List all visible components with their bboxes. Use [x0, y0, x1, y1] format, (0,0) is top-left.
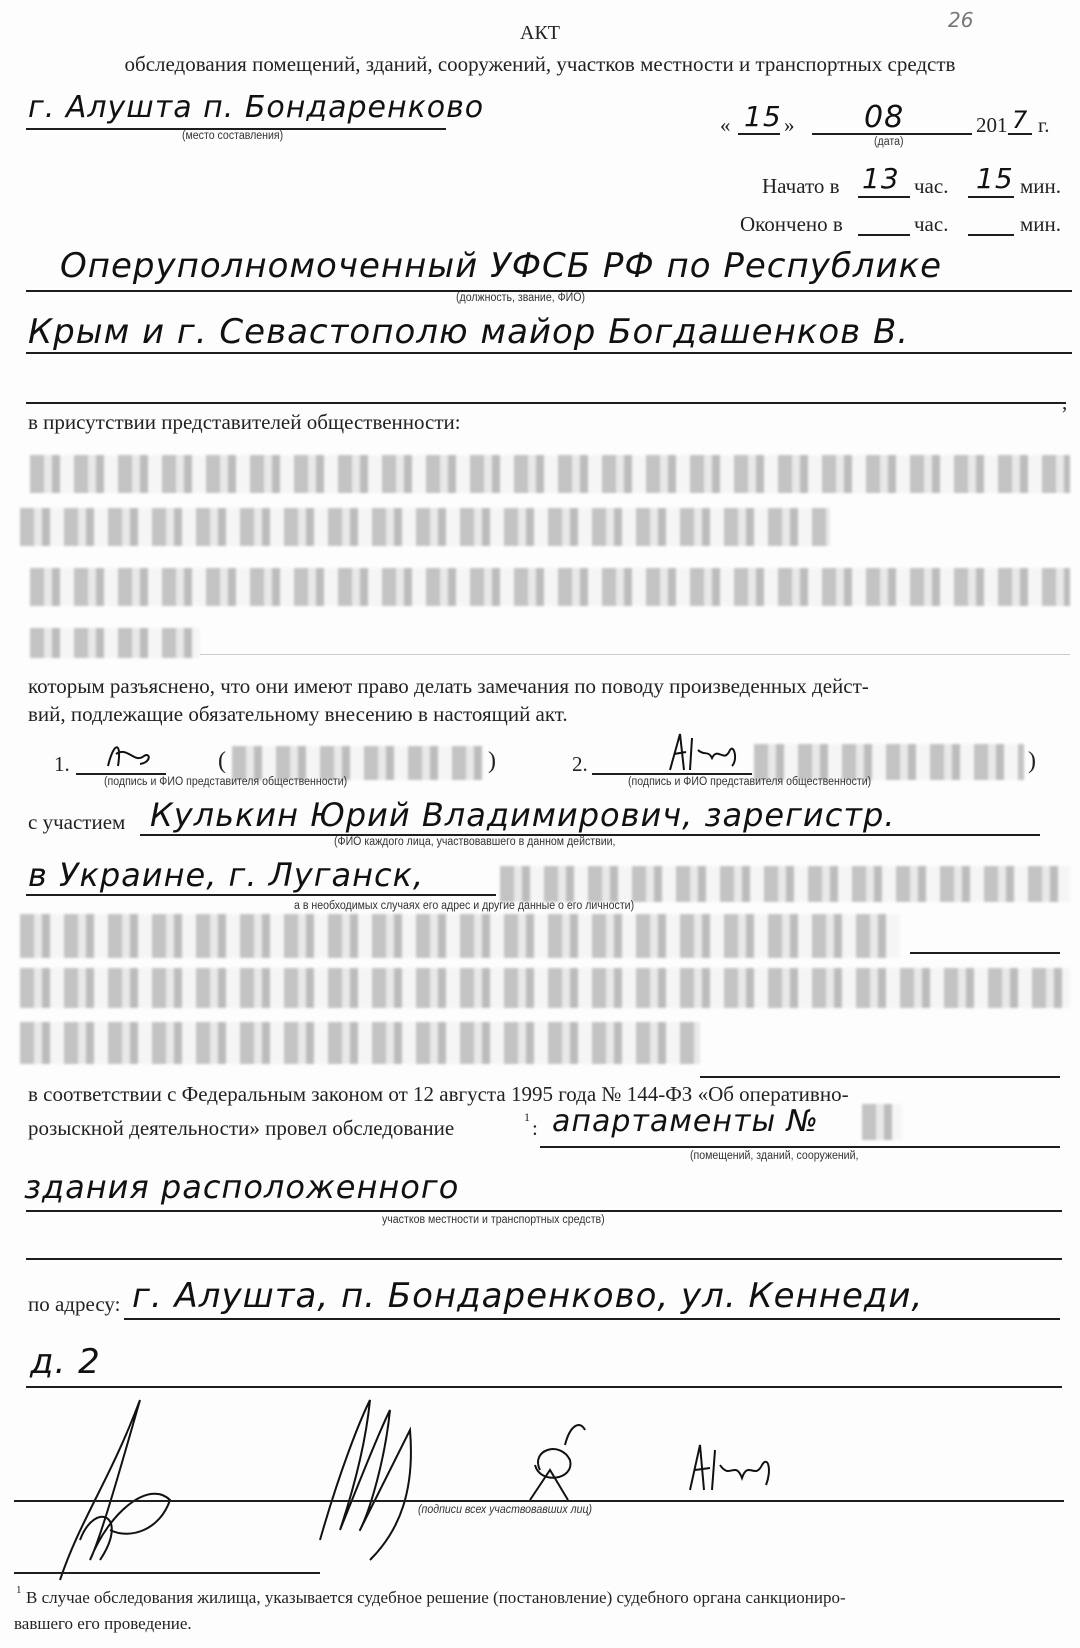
participant-caption2: а в необходимых случаях его адрес и друг…	[294, 900, 634, 912]
ended-hours-underline	[858, 234, 910, 236]
document-title: АКТ	[0, 22, 1080, 45]
officer-underline2	[26, 352, 1072, 354]
footnote-line2: вавшего его проведение.	[14, 1614, 192, 1634]
document-page: 26 АКТ обследования помещений, зданий, с…	[0, 0, 1080, 1648]
witness1-underline	[76, 773, 166, 775]
object-value2: здания расположенного	[24, 1168, 459, 1206]
started-hours-underline	[858, 196, 910, 198]
participant-caption1: (ФИО каждого лица, участвовавшего в данн…	[334, 836, 616, 848]
witness1-caption: (подпись и ФИО представителя общественно…	[104, 776, 347, 788]
redacted-witness-line	[30, 455, 1070, 493]
started-minutes: 15	[976, 162, 1014, 195]
redacted-participant-line	[20, 968, 1070, 1008]
address-label: по адресу:	[28, 1292, 120, 1317]
witness2-underline	[592, 773, 752, 775]
redacted-witness-line	[30, 568, 1070, 606]
address-underline1	[124, 1318, 1060, 1320]
witnesses-intro: в присутствии представителей общественно…	[28, 410, 461, 435]
witness2-number: 2.	[572, 752, 588, 777]
redacted-participant-data	[500, 866, 1070, 902]
date-year-underline	[1008, 133, 1032, 135]
date-year-suffix: 7	[1012, 106, 1028, 134]
date-day: 15	[744, 100, 782, 133]
date-close-quote: »	[784, 113, 795, 138]
paren-close: )	[488, 748, 496, 775]
redacted-participant-line	[20, 1022, 700, 1064]
signatures-underline	[14, 1500, 1064, 1502]
ended-label: Окончено в	[740, 212, 843, 237]
participant-line2: в Украине, г. Луганск,	[28, 856, 424, 894]
redacted-witness-line	[20, 508, 830, 546]
date-year-prefix: 201	[976, 113, 1008, 138]
officer-caption: (должность, звание, ФИО)	[456, 292, 585, 304]
participant-line1: Кулькин Юрий Владимирович, зарегистр.	[150, 796, 895, 834]
address-line1: г. Алушта, п. Бондаренково, ул. Кеннеди,	[132, 1276, 923, 1316]
address-underline2	[26, 1386, 1062, 1388]
blank-underline	[26, 402, 1066, 404]
object-underline1	[540, 1146, 1060, 1148]
started-minutes-unit: мин.	[1020, 174, 1061, 199]
redacted-apartment-number	[862, 1104, 902, 1140]
explanation-line2: вий, подлежащие обязательному внесению в…	[28, 702, 568, 727]
date-caption: (дата)	[874, 136, 903, 148]
started-minutes-underline	[968, 196, 1014, 198]
date-month-underline	[812, 133, 972, 135]
explanation-line1: которым разъяснено, что они имеют право …	[28, 674, 869, 699]
address-line2: д. 2	[30, 1342, 101, 1382]
place-value: г. Алушта п. Бондаренково	[28, 90, 484, 125]
redacted-witness2-name	[754, 744, 1024, 780]
redacted-participant-line	[20, 914, 900, 958]
object-underline3	[26, 1258, 1062, 1260]
date-day-underline	[738, 133, 780, 135]
ended-hours-unit: час.	[914, 212, 948, 237]
participant-label: с участием	[28, 810, 125, 835]
redacted-witness-line	[30, 628, 200, 658]
started-hours-unit: час.	[914, 174, 948, 199]
trailing-comma: ,	[1062, 390, 1067, 415]
witness2-caption: (подпись и ФИО представителя общественно…	[628, 776, 871, 788]
witness2-signature-icon	[660, 730, 750, 776]
participant-underline2	[26, 894, 496, 896]
ended-minutes-unit: мин.	[1020, 212, 1061, 237]
ended-minutes-underline	[968, 234, 1014, 236]
signatures-caption: (подписи всех участвовавших лиц)	[418, 1504, 592, 1516]
legal-footnote-mark: 1	[524, 1110, 530, 1125]
place-caption: (место составления)	[182, 130, 283, 142]
witness1-number: 1.	[54, 752, 70, 777]
object-value1: апартаменты №	[552, 1104, 819, 1139]
participant-underline4	[700, 1076, 1060, 1078]
started-hours: 13	[862, 162, 900, 195]
footnote-separator	[14, 1572, 320, 1574]
date-year-unit: г.	[1038, 113, 1050, 138]
object-caption1: (помещений, зданий, сооружений,	[690, 1150, 858, 1162]
witness-underline	[200, 654, 1070, 655]
started-label: Начато в	[762, 174, 840, 199]
redacted-witness1-name	[232, 746, 482, 780]
footnote-line1: В случае обследования жилища, указываетс…	[26, 1588, 846, 1608]
officer-line2: Крым и г. Севастополю майор Богдашенков …	[28, 312, 909, 352]
date-month: 08	[864, 100, 904, 135]
officer-line1: Оперуполномоченный УФСБ РФ по Республике	[60, 246, 942, 286]
date-open-quote: «	[720, 113, 731, 138]
paren-open: (	[218, 748, 226, 775]
legal-colon: :	[532, 1116, 538, 1141]
object-underline2	[26, 1210, 1062, 1212]
witness1-signature-icon	[100, 736, 160, 776]
document-subtitle: обследования помещений, зданий, сооружен…	[0, 52, 1080, 77]
paren-close: )	[1028, 748, 1036, 775]
legal-line2: розыскной деятельности» провел обследова…	[28, 1116, 454, 1141]
footnote-mark: 1	[16, 1584, 22, 1596]
object-caption2: участков местности и транспортных средст…	[382, 1214, 605, 1226]
participant-underline3	[910, 952, 1060, 954]
participant-signatures-icon	[20, 1390, 1080, 1590]
